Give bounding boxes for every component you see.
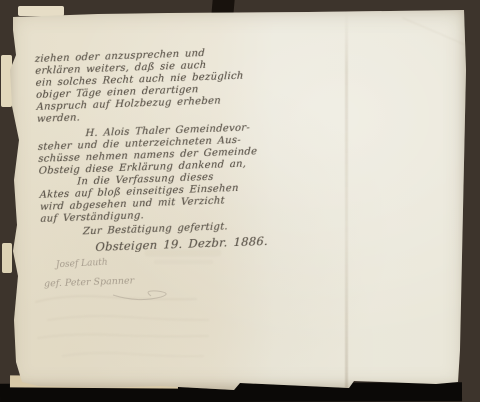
- place-date-line: Obsteigen 19. Dezbr. 1886.: [95, 235, 261, 253]
- fold-crease: [345, 12, 348, 388]
- manuscript-scan: ziehen oder anzusprechen und erklären we…: [0, 0, 480, 402]
- letter-page: ziehen oder anzusprechen und erklären we…: [8, 10, 466, 390]
- pencil-signature: gef. Peter Spanner: [44, 275, 135, 289]
- pencil-signature: Josef Lauth: [56, 258, 108, 271]
- handwritten-text-block: ziehen oder anzusprechen und erklären we…: [35, 46, 262, 255]
- sheet-edge-top: [18, 6, 64, 16]
- sheet-edge-left-lower: [2, 243, 12, 273]
- sheet-edge-left-upper: [1, 55, 12, 107]
